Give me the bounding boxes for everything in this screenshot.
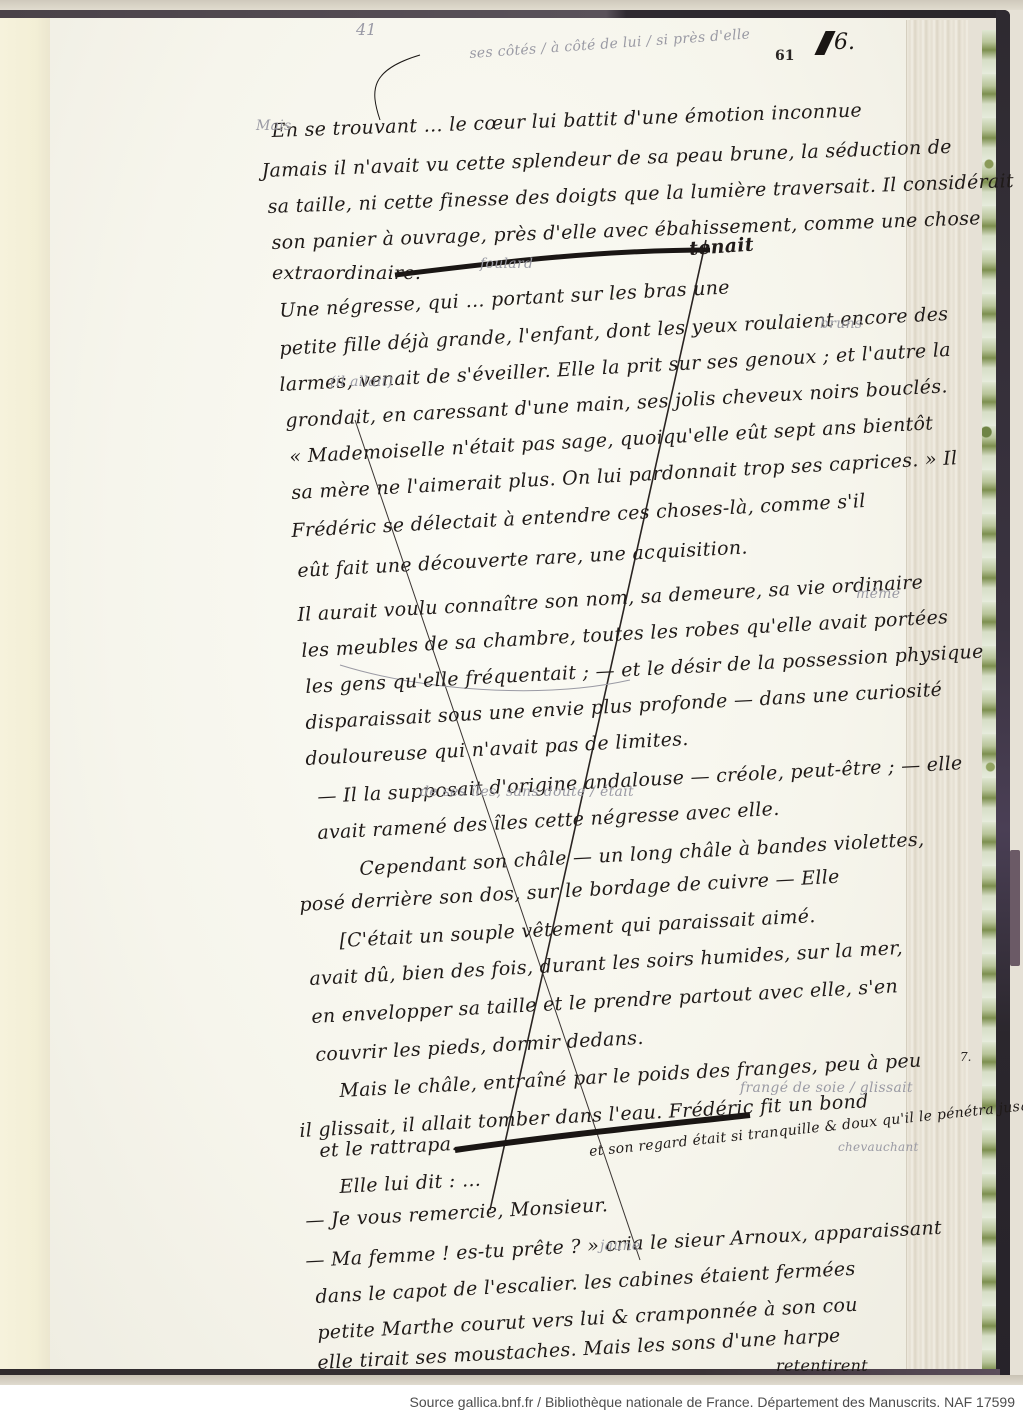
manuscript-insertion: tenait (688, 234, 754, 260)
binding-tab (1010, 850, 1020, 966)
manuscript-insertion: même (856, 586, 900, 602)
binding-board-side (996, 10, 1010, 1375)
binding-board-top (0, 10, 1010, 18)
manuscript-line: extraordinaire. (272, 262, 421, 284)
folio-printed-number: 61 (775, 48, 794, 64)
folio-pencil-number: 41 (356, 20, 376, 39)
margin-note: chevauchant (838, 1140, 919, 1154)
source-credit: Source gallica.bnf.fr / Bibliothèque nat… (410, 1394, 1015, 1410)
marbled-endpaper (982, 30, 996, 1370)
book-bottom-edge (0, 1375, 1023, 1385)
facing-page-edge (0, 18, 51, 1370)
book-top-edge (0, 0, 1023, 10)
manuscript-insertion: foulard (480, 256, 533, 272)
manuscript-insertion: de ses îles, sans doute / était (420, 784, 634, 800)
source-credit-bar: Source gallica.bnf.fr / Bibliothèque nat… (0, 1385, 1023, 1419)
manuscript-insertion: frangé de soie / glissait (740, 1080, 913, 1096)
manuscript-scan: 41 61 6. En se trouvant … le cœur lui ba… (0, 0, 1023, 1385)
manuscript-insertion: jaune (600, 1238, 641, 1254)
manuscript-insertion: (il allait) (330, 374, 393, 390)
page-stack-mark: 7. (960, 1050, 971, 1064)
margin-note: Mais (256, 118, 292, 134)
folio-ink-number: 6. (820, 30, 855, 55)
manuscript-insertion: bruns (820, 316, 862, 332)
manuscript-line: retentirent (776, 1356, 868, 1375)
